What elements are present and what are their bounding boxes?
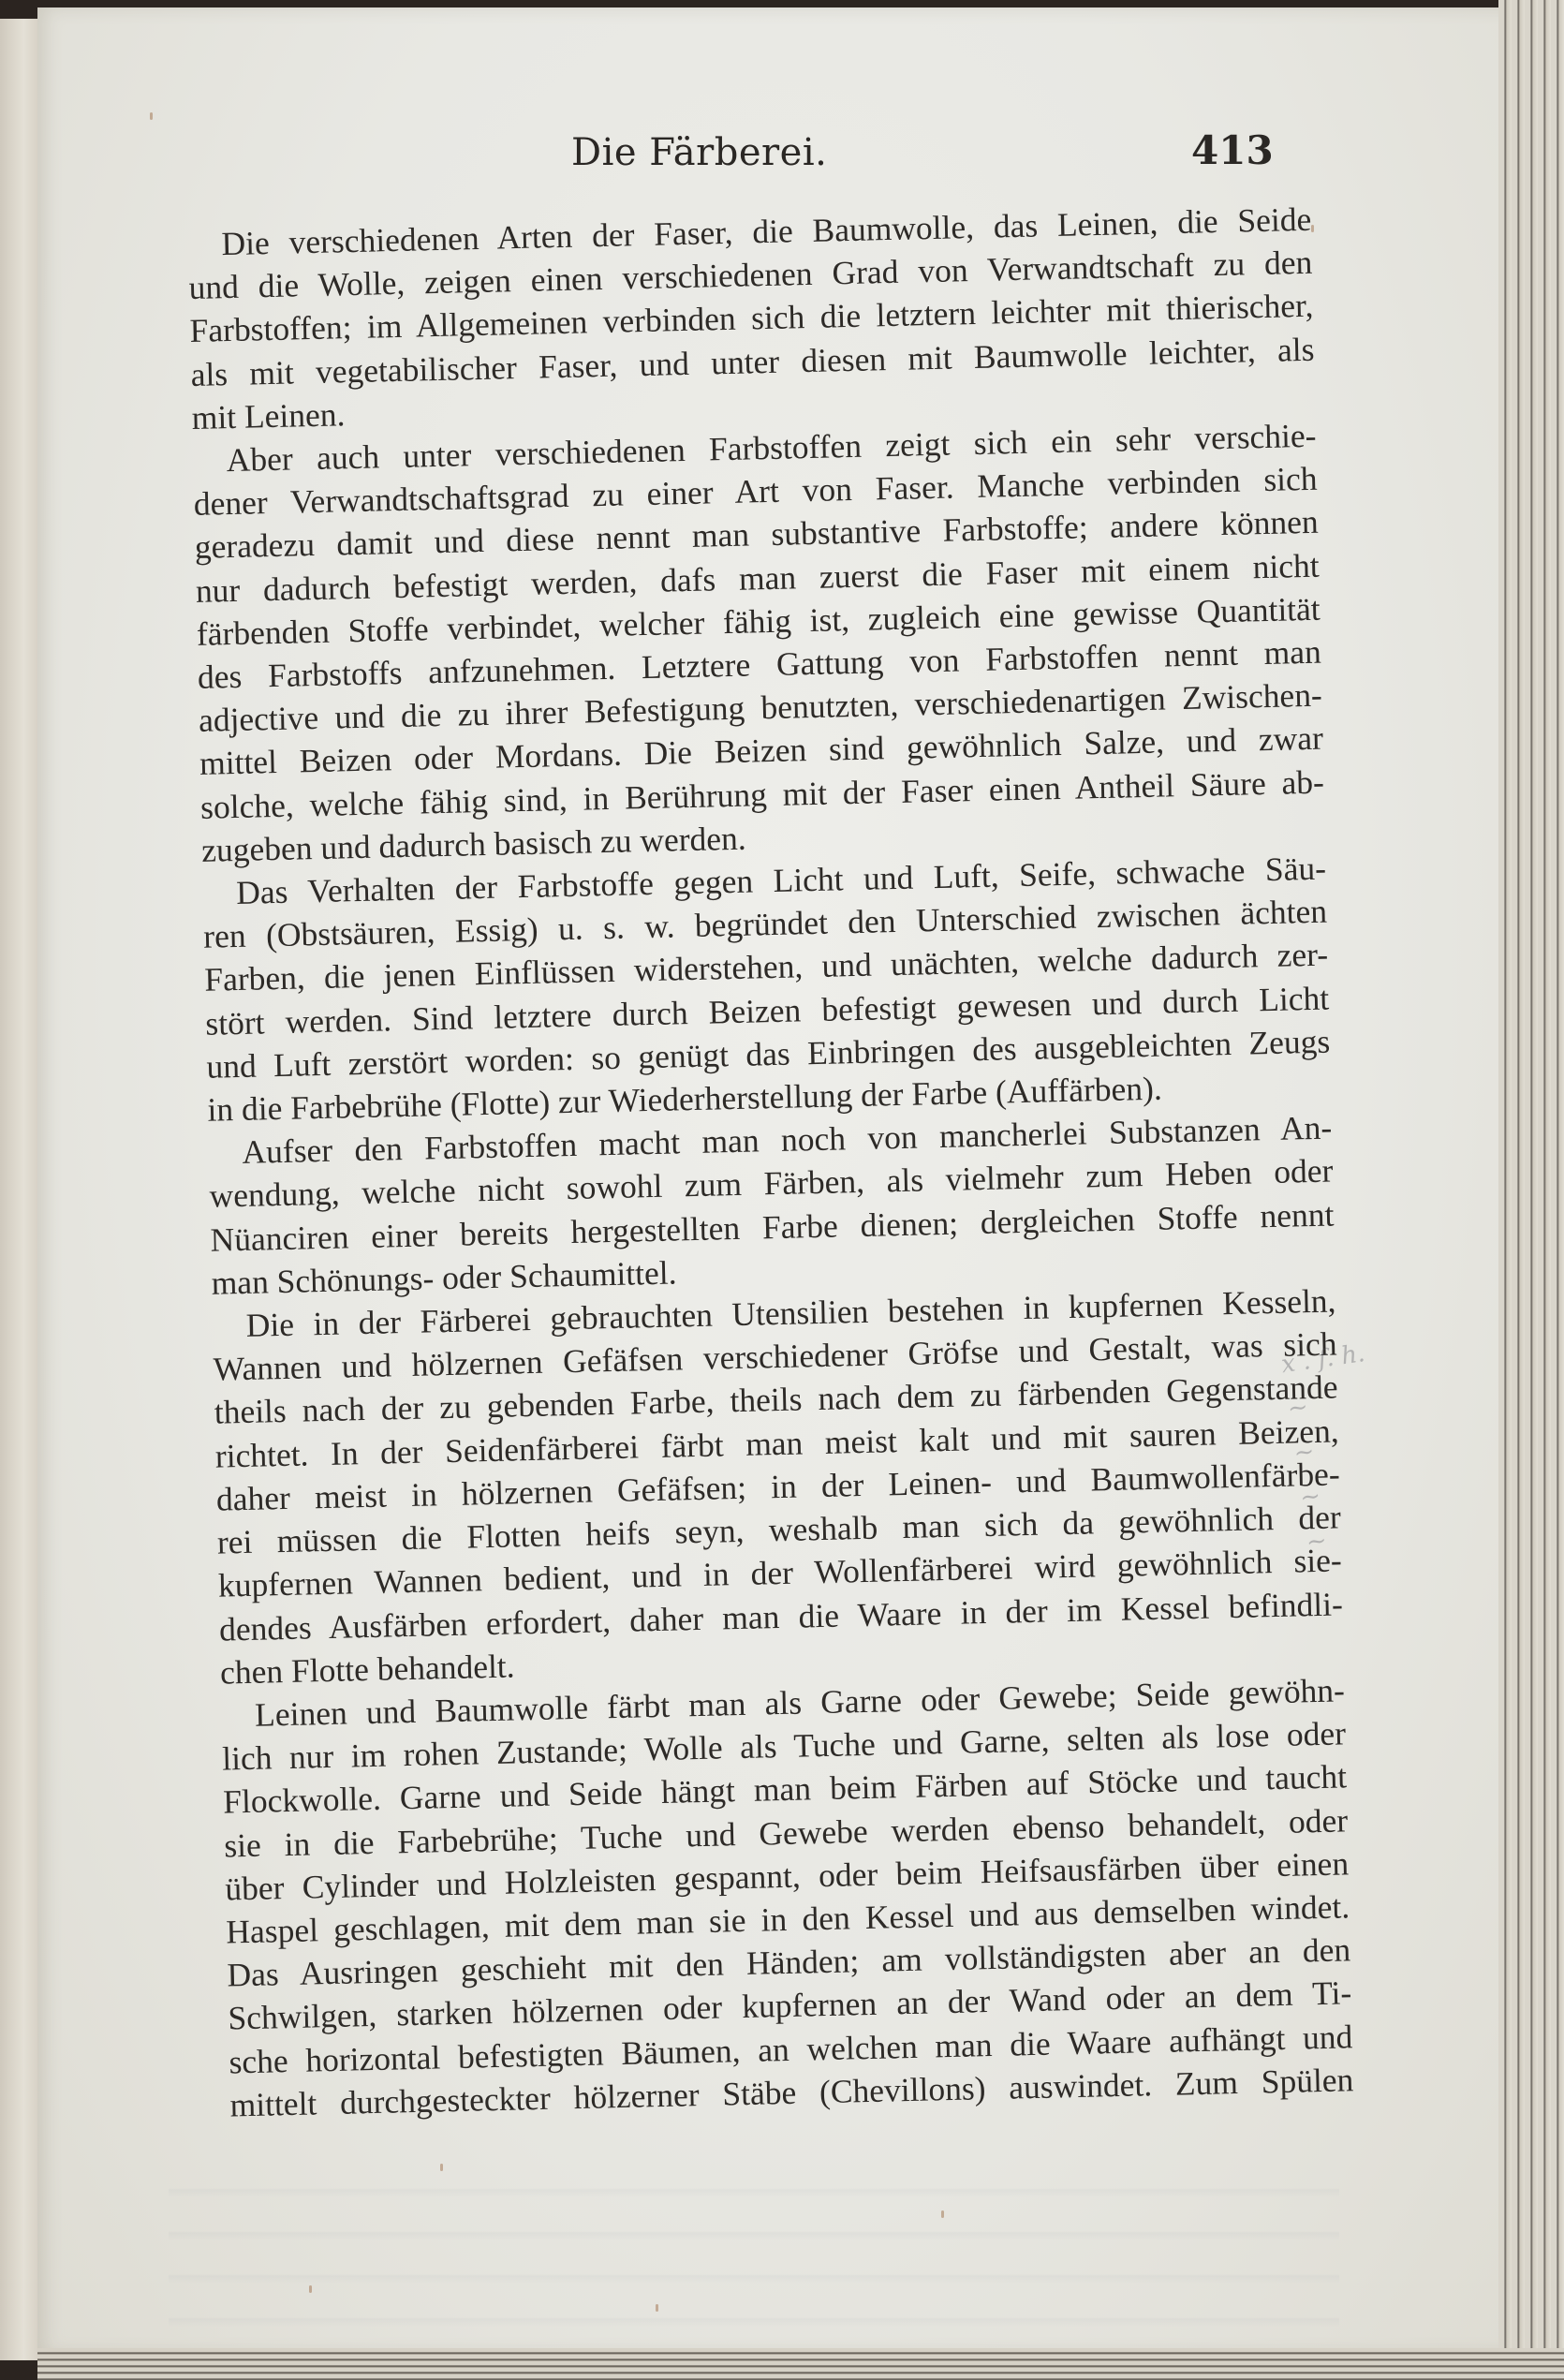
facing-page-edge [0, 19, 40, 2360]
speck [309, 2285, 312, 2293]
speck [150, 112, 153, 120]
paragraph-2: Aber auch unter verschiedenen Farbstoffe… [192, 414, 1325, 872]
running-head: Die Färberei. [571, 131, 827, 174]
paragraph-1: Die verschiedenen Arten der Faser, die B… [187, 198, 1316, 439]
page-header: Die Färberei. 413 [0, 131, 1564, 187]
page-stack-edge-bottom [37, 2348, 1564, 2380]
speck [941, 2210, 944, 2218]
bleed-through-shadow [169, 2154, 1339, 2342]
scanned-book-page: Die Färberei. 413 Die verschiedenen Arte… [0, 0, 1564, 2380]
page-stack-edge-right [1498, 0, 1564, 2380]
page-number: 413 [1191, 127, 1274, 173]
speck [440, 2164, 443, 2171]
body-text: Die verschiedenen Arten der Faser, die B… [187, 198, 1354, 2127]
speck [1311, 225, 1314, 232]
paragraph-3: Das Verhalten der Farbstoffe gegen Licht… [202, 847, 1332, 1131]
paragraph-6: Leinen und Baumwolle färbt man als Garne… [221, 1668, 1354, 2126]
speck [656, 2304, 658, 2312]
paragraph-4: Aufser den Farbstoffen macht man noch vo… [208, 1106, 1335, 1305]
paragraph-5: Die in der Färberei gebrauchten Utensili… [212, 1279, 1344, 1694]
